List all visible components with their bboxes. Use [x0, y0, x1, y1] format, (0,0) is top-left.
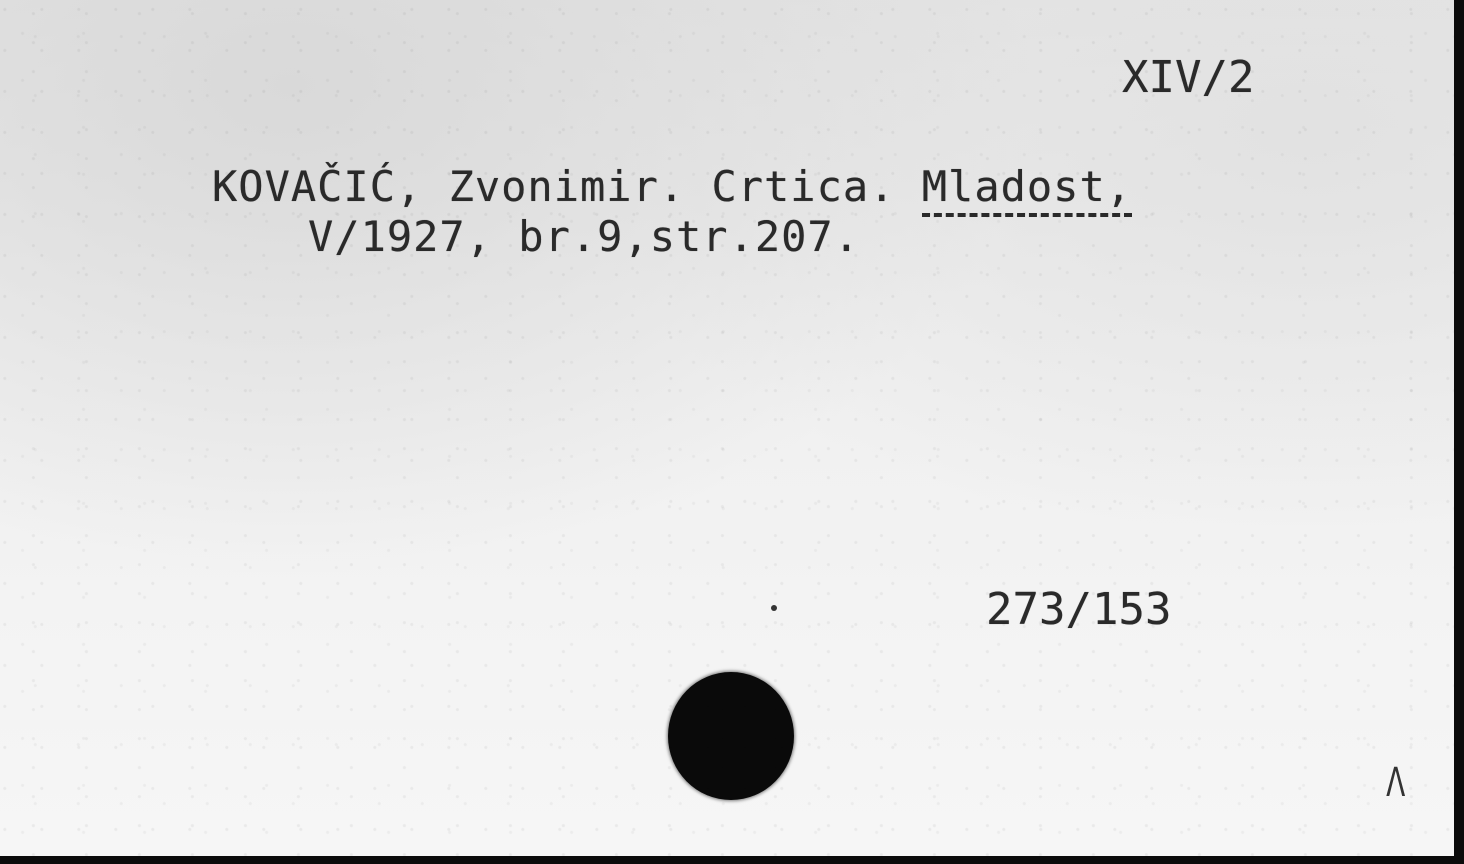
journal-title: Mladost,: [922, 162, 1132, 217]
punch-hole-icon: [668, 672, 794, 800]
catalog-card: XIV/2 KOVAČIĆ, Zvonimir. Crtica. Mladost…: [0, 0, 1454, 856]
accession-number: 273/153: [986, 584, 1171, 635]
dot-mark-icon: [771, 605, 777, 611]
work-title: Crtica.: [685, 162, 895, 211]
handwritten-mark: Λ: [1386, 760, 1405, 806]
card-edge-shadow-right: [1454, 0, 1464, 864]
bibliographic-entry-line-2: V/1927, br.9,str.207.: [308, 212, 860, 261]
author-name: KOVAČIĆ, Zvonimir.: [212, 162, 685, 211]
card-edge-shadow-bottom: [0, 856, 1464, 864]
bibliographic-entry-line-1: KOVAČIĆ, Zvonimir. Crtica. Mladost,: [212, 162, 1132, 211]
call-number: XIV/2: [1122, 52, 1254, 103]
